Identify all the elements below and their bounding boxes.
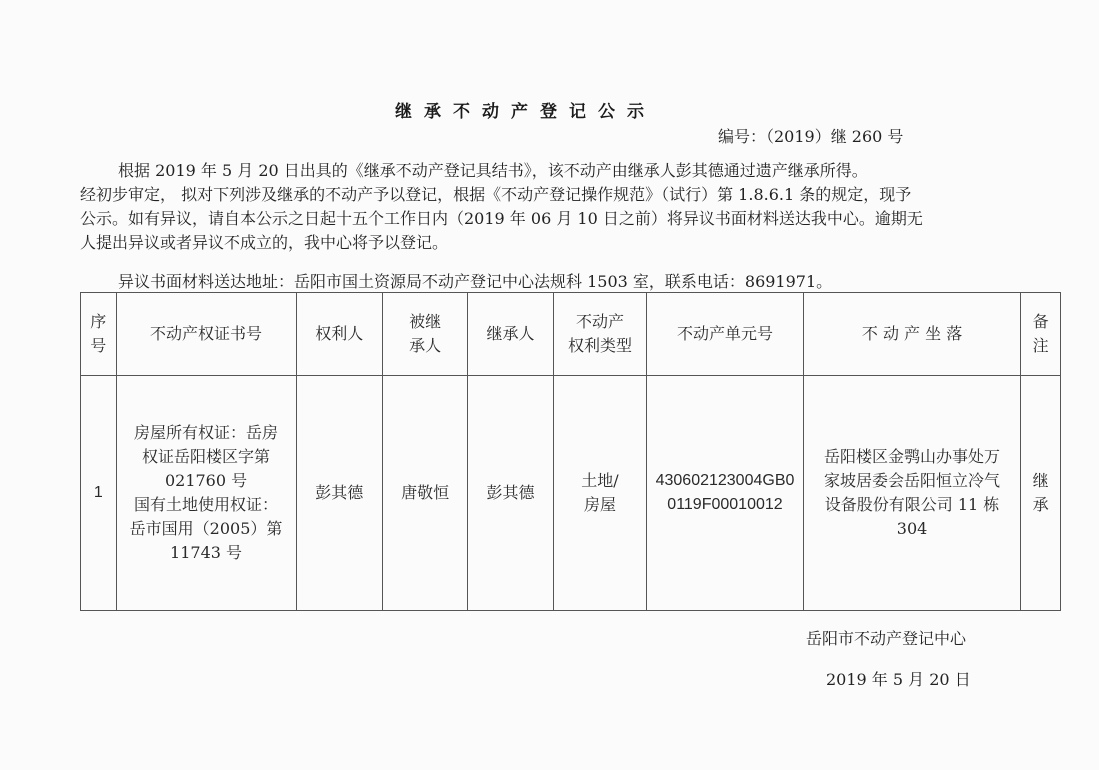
- paragraph-2: 经初步审定， 拟对下列涉及继承的不动产予以登记，根据《不动产登记操作规范》（试行…: [80, 183, 911, 207]
- cell-certificate-no: 房屋所有权证：岳房 权证岳阳楼区字第 021760 号 国有土地使用权证： 岳市…: [116, 376, 296, 611]
- paragraph-4: 人提出异议或者异议不成立的，我中心将予以登记。: [80, 231, 448, 255]
- header-unit-no: 不动产单元号: [647, 293, 804, 376]
- table-header-row: 序 号 不动产权证书号 权利人 被继 承人 继承人 不动产: [81, 293, 1061, 376]
- registration-table: 序 号 不动产权证书号 权利人 被继 承人 继承人 不动产: [80, 292, 1061, 611]
- cell-unit-no: 430602123004GB0 0119F00010012: [647, 376, 804, 611]
- notice-page: 继承不动产登记公示 编号：（2019）继 260 号 根据 2019 年 5 月…: [0, 0, 1099, 770]
- cell-decedent: 唐敬恒: [382, 376, 467, 611]
- cell-right-holder: 彭其德: [296, 376, 382, 611]
- header-seq: 序 号: [81, 293, 117, 376]
- issuing-authority: 岳阳市不动产登记中心: [806, 626, 966, 649]
- header-location: 不 动 产 坐 落: [803, 293, 1021, 376]
- cell-seq: 1: [81, 376, 117, 611]
- cell-right-type: 土地/ 房屋: [553, 376, 647, 611]
- cell-remark: 继 承: [1021, 376, 1061, 611]
- header-remark: 备 注: [1021, 293, 1061, 376]
- header-decedent: 被继 承人: [382, 293, 467, 376]
- table-row: 1 房屋所有权证：岳房 权证岳阳楼区字第 021760 号 国有土地使用权证： …: [81, 376, 1061, 611]
- objection-address: 异议书面材料送达地址：岳阳市国土资源局不动产登记中心法规科 1503 室，联系电…: [118, 270, 832, 294]
- issue-date: 2019 年 5 月 20 日: [826, 667, 971, 690]
- paragraph-1: 根据 2019 年 5 月 20 日出具的《继承不动产登记具结书》，该不动产由继…: [118, 159, 868, 183]
- header-certificate-no: 不动产权证书号: [116, 293, 296, 376]
- cell-location: 岳阳楼区金鹗山办事处万 家坡居委会岳阳恒立冷气 设备股份有限公司 11 栋 30…: [803, 376, 1021, 611]
- document-number: 编号：（2019）继 260 号: [718, 124, 903, 147]
- document-title: 继承不动产登记公示: [395, 97, 656, 122]
- header-right-type: 不动产 权利类型: [553, 293, 647, 376]
- cell-heir: 彭其德: [468, 376, 553, 611]
- paragraph-3: 公示。如有异议，请自本公示之日起十五个工作日内（2019 年 06 月 10 日…: [80, 207, 923, 231]
- header-right-holder: 权利人: [296, 293, 382, 376]
- header-heir: 继承人: [468, 293, 553, 376]
